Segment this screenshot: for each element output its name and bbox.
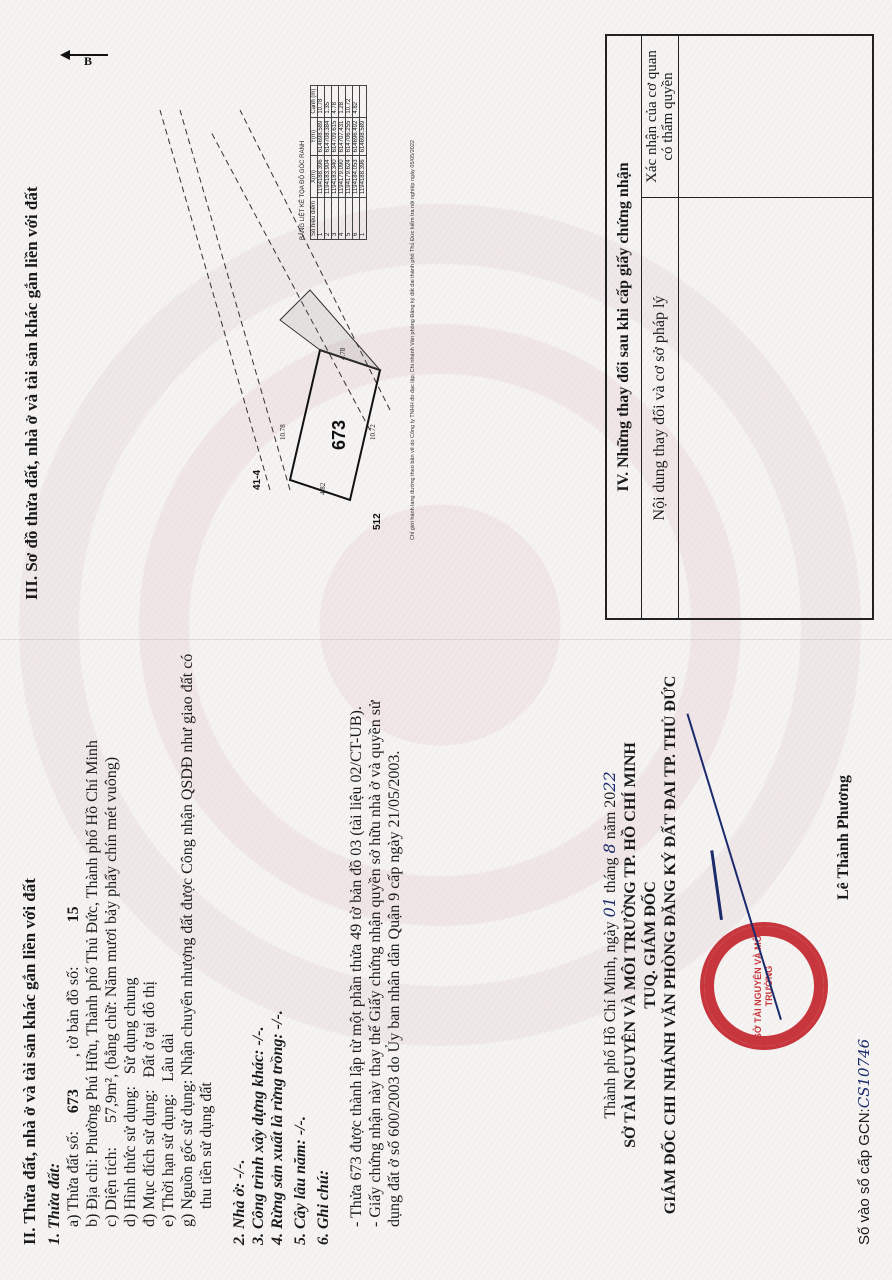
certificate-sheet: II. Thửa đất, nhà ở và tài sản khác gắn … (0, 0, 892, 1280)
svg-text:4.82: 4.82 (319, 482, 327, 495)
official-stamp: SỞ TÀI NGUYÊN VÀ MÔI TRƯỜNG (700, 922, 828, 1050)
origin-label: g) Nguồn gốc sử dụng: (179, 1080, 196, 1227)
house-line: 2. Nhà ở: -/-. (230, 645, 249, 1245)
table-row: 51194179.624614706.25510.72 (346, 85, 353, 239)
coord-header-cell: Cạnh (m) (311, 85, 318, 117)
notes-heading: 6. Ghi chú: (314, 645, 333, 1245)
area-value: 57,9m², (bằng chữ: Năm mươi bảy phẩy chí… (103, 757, 120, 1123)
signature-block: Thành phố Hồ Chí Minh, ngày 01 tháng 8 n… (600, 650, 681, 1240)
month-label: tháng (602, 857, 619, 893)
coord-cell: 5 (346, 197, 353, 239)
coord-cell: 614708.384 (325, 117, 332, 156)
purpose-label: đ) Mục đích sử dụng: (141, 1089, 158, 1227)
coord-cell: 1194188.396 (360, 156, 367, 198)
map-sheet-label: , tờ bản đồ số: (65, 966, 82, 1057)
north-arrow-icon: B (60, 35, 110, 75)
note-line-3: dụng đất ở số 600/2003 do Ủy ban nhân dâ… (385, 645, 404, 1245)
sign-day: 01 (600, 897, 619, 917)
coord-cell: 3 (332, 197, 339, 239)
svg-text:41-4: 41-4 (252, 470, 263, 490)
coord-cell: 1194184.053 (353, 156, 360, 198)
org-line-3: GIÁM ĐỐC CHI NHÁNH VĂN PHÒNG ĐĂNG KÝ ĐẤT… (661, 650, 681, 1240)
page-fold (0, 639, 892, 640)
org-line-1: SỞ TÀI NGUYÊN VÀ MÔI TRƯỜNG TP. HỒ CHÍ M… (621, 650, 641, 1240)
other-works-line: 3. Công trình xây dựng khác: -/-. (249, 645, 268, 1245)
changes-table: IV. Những thay đổi sau khi cấp giấy chứn… (605, 34, 874, 620)
coord-cell: 4 (339, 197, 346, 239)
place-date: Thành phố Hồ Chí Minh, ngày 01 tháng 8 n… (600, 650, 621, 1240)
form-label: d) Hình thức sử dụng: (122, 1086, 139, 1227)
svg-text:10.78: 10.78 (279, 424, 287, 440)
origin-value: Nhận chuyển nhượng đất được Công nhận QS… (179, 654, 196, 1076)
address-label: b) Địa chỉ: (84, 1159, 101, 1227)
place-date-prefix: Thành phố Hồ Chí Minh, ngày (602, 921, 619, 1118)
coord-cell: 6 (353, 197, 360, 239)
parcel-sketch: 673 41-4 512 10.78 4.78 10.72 4.82 (150, 100, 430, 550)
forest-line: 4. Rừng sản xuất là rừng trồng: -/-. (268, 645, 287, 1245)
coord-cell: 1194188.396 (318, 156, 325, 198)
col-confirm-line-2: có thẩm quyền (660, 36, 676, 197)
form-row: d) Hình thức sử dụng: Sử dụng chung (121, 645, 140, 1245)
registry-label: Số vào sổ cấp GCN: (856, 1108, 873, 1245)
table-row: 21194183.904614708.3841.35 (325, 85, 332, 239)
svg-text:673: 673 (329, 420, 349, 450)
coord-cell: 1194179.090 (339, 156, 346, 198)
parcel-number: 673 (65, 1089, 82, 1113)
land-heading: 1. Thửa đất: (45, 645, 64, 1245)
coord-cell: 4.78 (332, 85, 339, 117)
parcel-label: a) Thửa đất số: (65, 1131, 82, 1227)
coord-cell: 614698.589 (318, 117, 325, 156)
coord-header-cell: Số hiệu điểm (311, 197, 318, 239)
sign-year: 22 (600, 771, 619, 791)
coord-cell: 614706.255 (346, 117, 353, 156)
col-changes-header: Nội dung thay đổi và cơ sở pháp lý (642, 197, 678, 618)
year-label: năm 20 (602, 792, 619, 840)
term-label: e) Thời hạn sử dụng: (160, 1094, 177, 1227)
origin-continued: thu tiền sử dụng đất (197, 645, 216, 1245)
map-sheet-number: 15 (65, 906, 82, 922)
section-iii-title: III. Sơ đồ thửa đất, nhà ở và tài sản kh… (22, 187, 42, 601)
address-value: Phường Phú Hữu, Thành phố Thủ Đức, Thành… (84, 740, 101, 1154)
coord-table-title: BẢNG LIỆT KÊ TỌA ĐỘ GÓC RANH (300, 141, 306, 240)
coord-cell: 1 (318, 197, 325, 239)
note-line-1: - Thửa 673 được thành lập từ một phần th… (347, 645, 366, 1245)
coord-cell: 614709.615 (332, 117, 339, 156)
coord-cell: 614707.431 (339, 117, 346, 156)
parcel-row: a) Thửa đất số: 673 , tờ bản đồ số: 15 (64, 645, 83, 1245)
coord-cell: 10.72 (346, 85, 353, 117)
origin-row: g) Nguồn gốc sử dụng: Nhận chuyển nhượng… (178, 645, 197, 1245)
coord-cell: 1194179.624 (346, 156, 353, 198)
col-confirm-header: Xác nhận của cơ quan có thẩm quyền (642, 36, 678, 197)
sign-month: 8 (600, 843, 619, 853)
coord-cell: 4.82 (353, 85, 360, 117)
table-row: 11194188.396614698.589 (360, 85, 367, 239)
section-ii-title: II. Thửa đất, nhà ở và tài sản khác gắn … (20, 645, 39, 1245)
address-row: b) Địa chỉ: Phường Phú Hữu, Thành phố Th… (83, 645, 102, 1245)
coord-cell: 1 (360, 197, 367, 239)
signature-stroke (710, 850, 723, 920)
table-row: 11194188.396614698.58910.78 (318, 85, 325, 239)
coordinate-table: Số hiệu điểmX(m)Y(m)Cạnh (m) 11194188.39… (310, 85, 367, 240)
survey-note: Chỉ giới hành lang đường theo bản vẽ do … (410, 90, 417, 540)
perennial-line: 5. Cây lâu năm: -/-. (291, 645, 310, 1245)
registry-number: Số vào sổ cấp GCN:CS10746 (855, 1039, 873, 1245)
section-iv-title: IV. Những thay đổi sau khi cấp giấy chứn… (607, 36, 642, 618)
coord-cell: 1194183.340 (332, 156, 339, 198)
signer-name: Lê Thành Phương (835, 775, 853, 900)
changes-cell (679, 197, 872, 618)
coord-cell: 2 (325, 197, 332, 239)
table-row: 31194183.340614709.6154.78 (332, 85, 339, 239)
coord-cell: 1194183.904 (325, 156, 332, 198)
svg-text:512: 512 (372, 513, 383, 530)
svg-text:B: B (84, 54, 92, 68)
area-row: c) Diện tích: 57,9m², (bằng chữ: Năm mươ… (102, 645, 121, 1245)
svg-text:10.72: 10.72 (369, 424, 377, 440)
col-confirm-line-1: Xác nhận của cơ quan (644, 36, 660, 197)
org-line-2: TUQ. GIÁM ĐỐC (641, 650, 661, 1240)
purpose-row: đ) Mục đích sử dụng: Đất ở tại đô thị (140, 645, 159, 1245)
coord-cell: 10.78 (318, 85, 325, 117)
coord-header-cell: X(m) (311, 156, 318, 198)
coord-header-cell: Y(m) (311, 117, 318, 156)
area-label: c) Diện tích: (103, 1147, 120, 1227)
coord-cell: 1.35 (325, 85, 332, 117)
table-row: 61194184.053614696.4924.82 (353, 85, 360, 239)
registry-value: CS10746 (855, 1039, 873, 1108)
table-row: 41194179.090614707.4311.28 (339, 85, 346, 239)
term-row: e) Thời hạn sử dụng: Lâu dài (159, 645, 178, 1245)
coord-cell: 614698.589 (360, 117, 367, 156)
term-value: Lâu dài (160, 1033, 177, 1081)
purpose-value: Đất ở tại đô thị (141, 981, 158, 1077)
section-ii: II. Thửa đất, nhà ở và tài sản khác gắn … (20, 645, 404, 1245)
coord-cell: 614696.492 (353, 117, 360, 156)
coord-cell (360, 85, 367, 117)
svg-text:4.78: 4.78 (339, 347, 347, 360)
coord-cell: 1.28 (339, 85, 346, 117)
note-line-2: - Giấy chứng nhận này thay thế Giấy chứn… (366, 645, 385, 1245)
form-value: Sử dụng chung (122, 977, 139, 1074)
